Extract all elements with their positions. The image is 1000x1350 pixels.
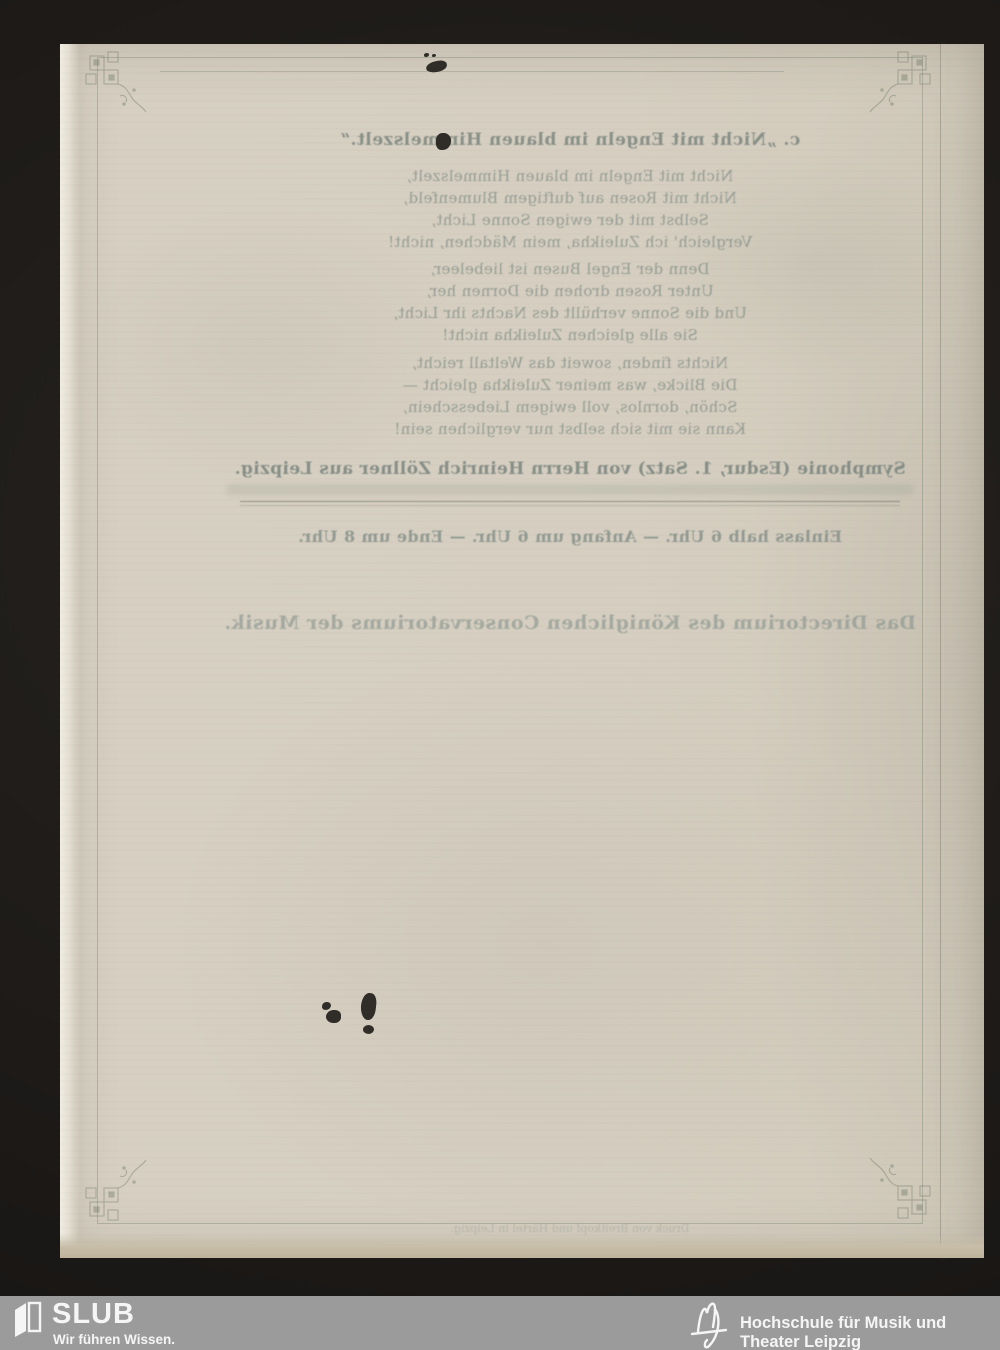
corner-ornament-icon (84, 50, 156, 122)
branding-footer: SLUB Wir führen Wissen. Hochschule für M… (0, 1296, 1000, 1350)
song-heading: c. „Nicht mit Engeln im blauen Himmelsze… (156, 130, 984, 150)
poem-line: Nicht mit Engeln im blauen Himmelszelt, (156, 165, 984, 187)
program-line: Symphonie (Esdur, 1. Satz) von Herrn Hei… (156, 459, 984, 479)
poem-stanza: Denn der Engel Busen ist liebeleer, Unte… (156, 258, 984, 346)
page-bottom-edge (60, 1234, 984, 1258)
faint-ghost-line (226, 484, 914, 495)
bleed-through-text: c. „Nicht mit Engeln im blauen Himmelsze… (156, 44, 984, 1258)
poem-line: Denn der Engel Busen ist liebeleer, (156, 258, 984, 280)
poem-line: Vergleich' ich Zuleikha, mein Mädchen, n… (156, 231, 984, 253)
poem-line: Und die Sonne verhüllt des Nachts ihr Li… (156, 302, 984, 324)
poem-line: Selbst mit der ewigen Sonne Licht, (156, 209, 984, 231)
slub-logo-text: SLUB (52, 1298, 135, 1331)
scanned-page: c. „Nicht mit Engeln im blauen Himmelsze… (60, 44, 984, 1258)
poem-line: Unter Rosen drohen die Dornen her, (156, 280, 984, 302)
poem-stanza: Nichts finden, soweit das Weltall reicht… (156, 352, 984, 440)
ink-blot (363, 1025, 374, 1034)
poem-line: Kann sie mit sich selbst nur verglichen … (156, 418, 984, 440)
partner-name: Hochschule für Musik und Theater Leipzig (740, 1314, 1000, 1350)
times-line: Einlass halb 6 Uhr. — Anfang um 6 Uhr. —… (156, 527, 984, 546)
poem-line: Die Blicke, was meiner Zuleikha gleicht … (156, 374, 984, 396)
poem-line: Nicht mit Rosen auf duftigem Blumenfeld, (156, 187, 984, 209)
signature-line: Das Directorium des Königlichen Conserva… (156, 612, 984, 634)
poem-line: Sie alle gleichen Zuleikha nicht! (156, 324, 984, 346)
corner-ornament-icon (84, 1150, 156, 1222)
poem-line: Nichts finden, soweit das Weltall reicht… (156, 352, 984, 374)
hmt-leipzig-logo-icon (688, 1298, 734, 1350)
ink-blot (326, 1010, 341, 1023)
poem-stanza: Nicht mit Engeln im blauen Himmelszelt, … (156, 165, 984, 253)
slub-book-icon (13, 1300, 43, 1340)
poem-line: Schön, dornlos, voll ewigem Liebesschein… (156, 396, 984, 418)
separator-rule (240, 501, 900, 506)
page-crease (940, 44, 941, 1258)
slub-tagline: Wir führen Wissen. (53, 1332, 175, 1347)
